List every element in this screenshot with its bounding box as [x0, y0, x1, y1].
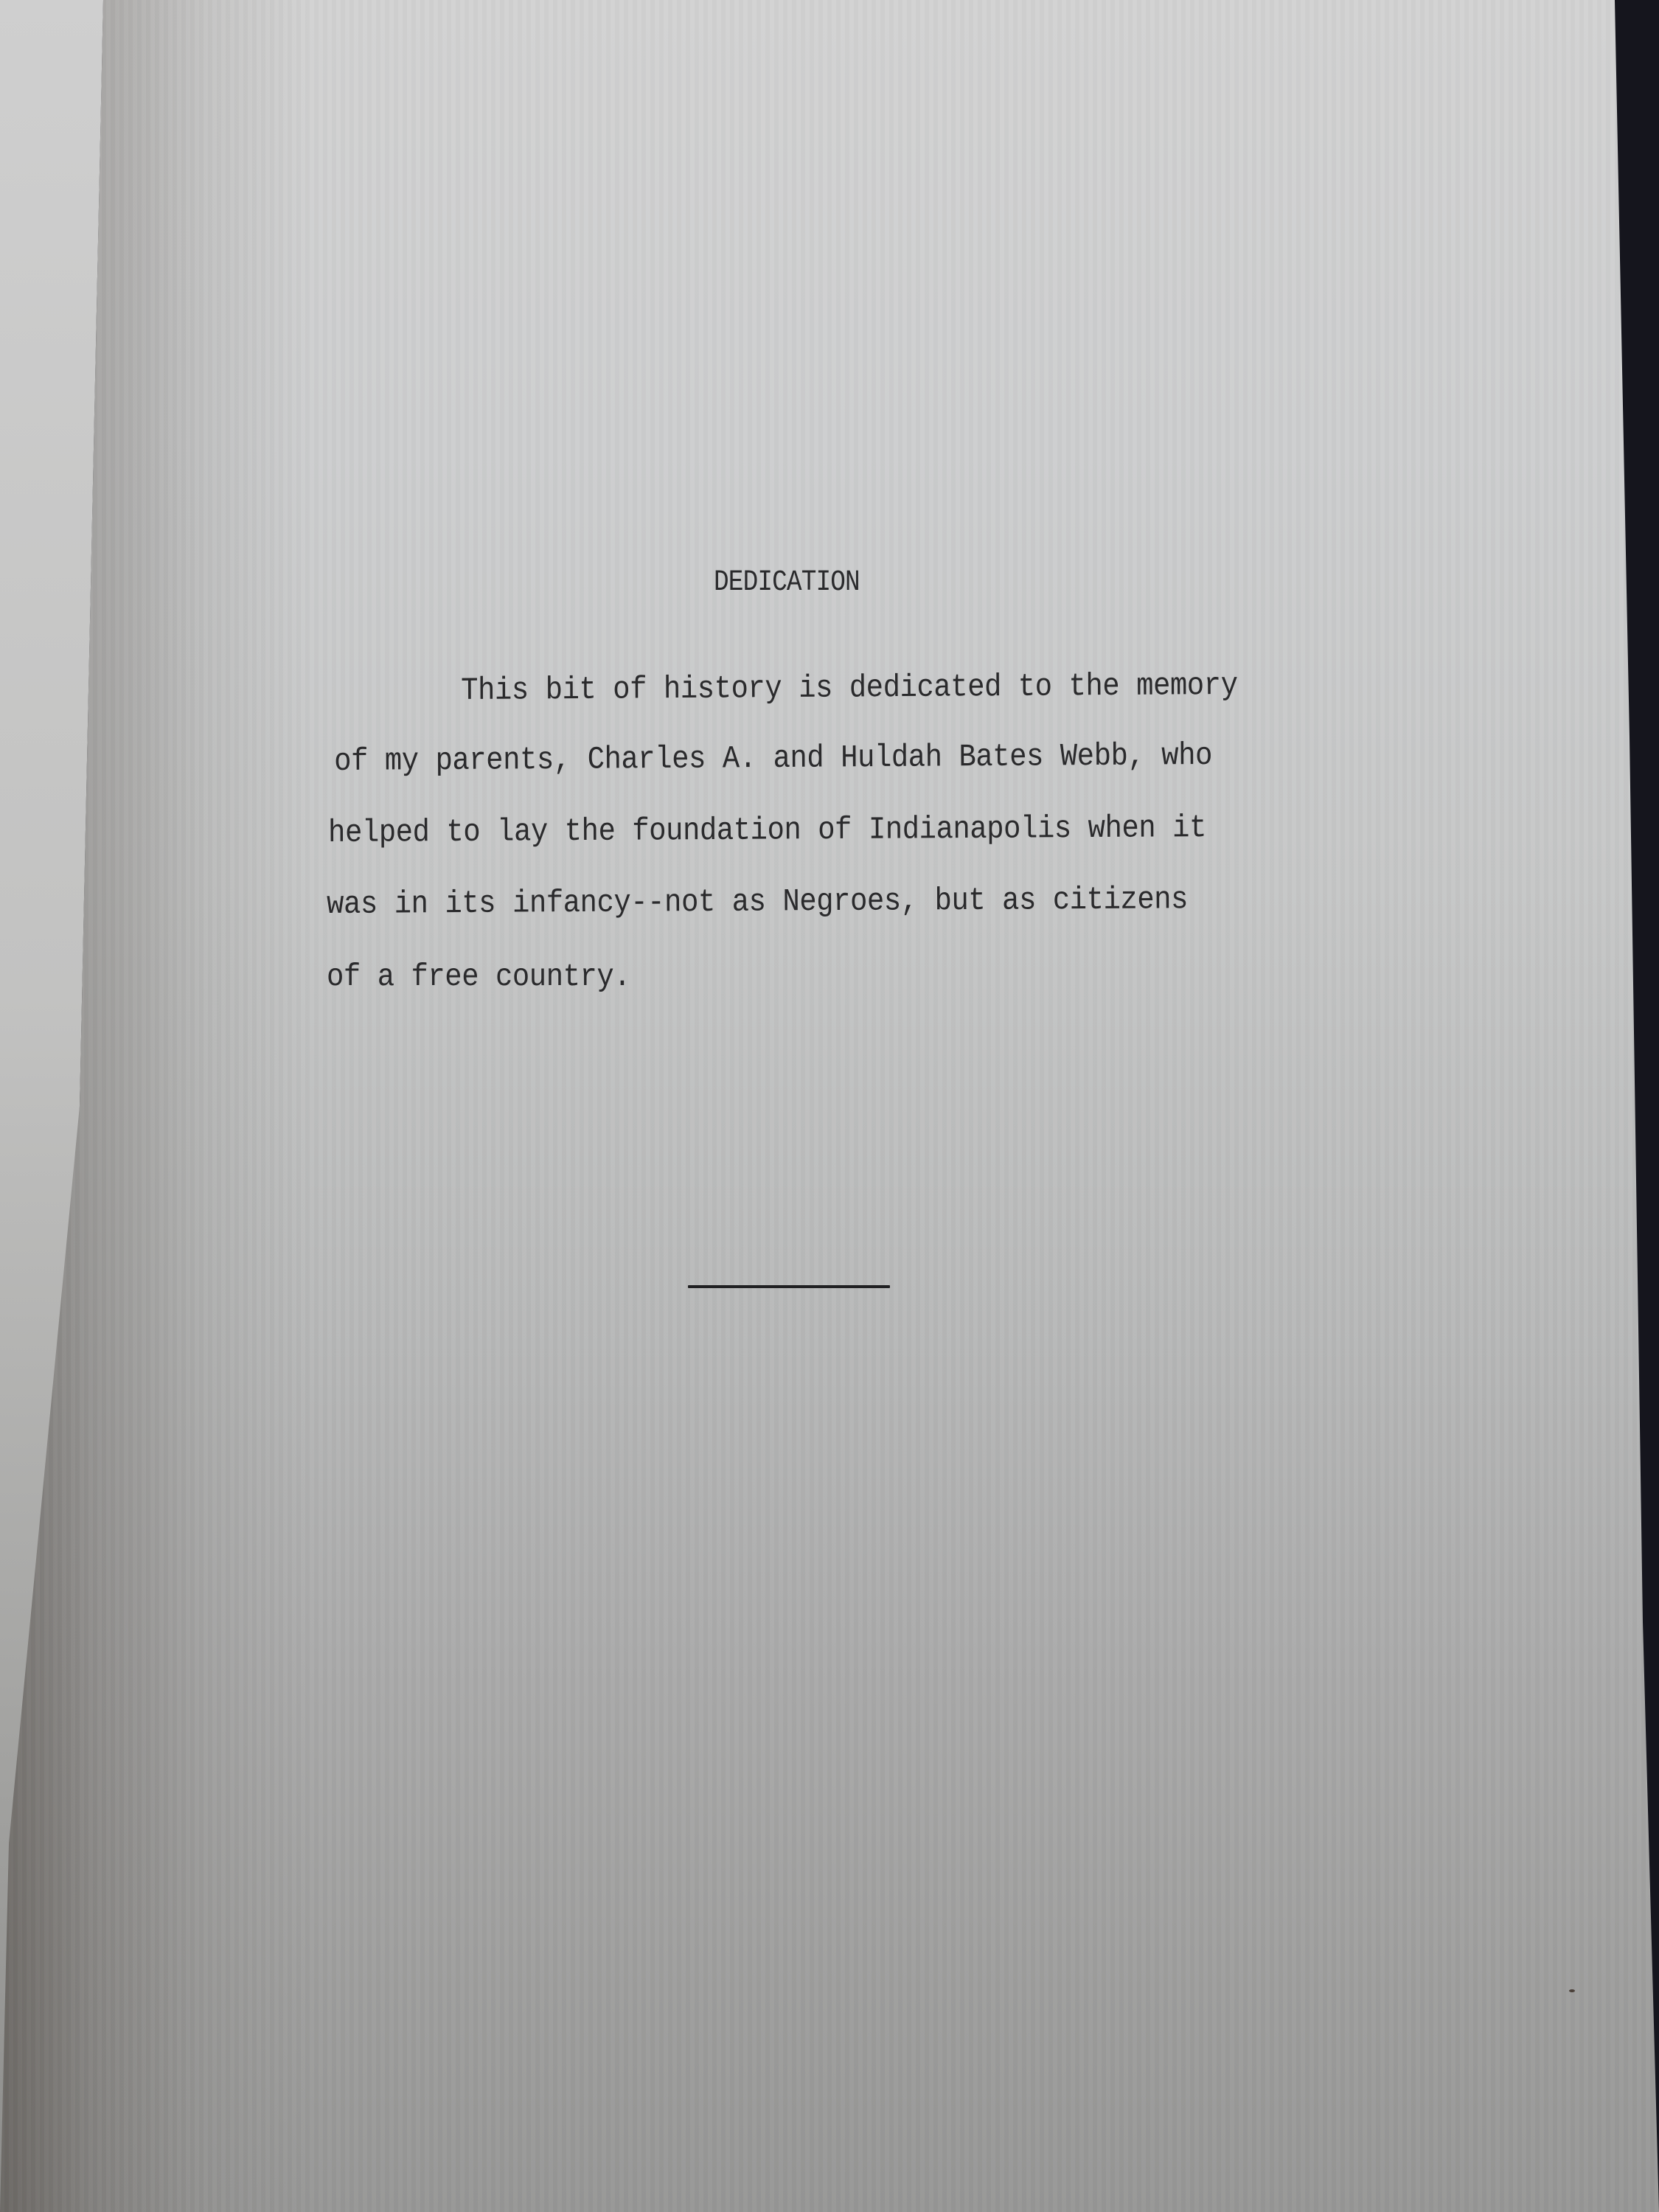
paragraph-line: of a free country. — [327, 959, 630, 995]
section-divider-rule — [688, 1285, 890, 1288]
paper-speck — [1569, 1989, 1575, 1992]
dedication-heading: DEDICATION — [714, 566, 860, 599]
page-content: DEDICATION This bit of history is dedica… — [0, 0, 1659, 2212]
paragraph-line: helped to lay the foundation of Indianap… — [328, 810, 1206, 851]
book-photo: DEDICATION This bit of history is dedica… — [0, 0, 1659, 2212]
paragraph-line: This bit of history is dedicated to the … — [461, 667, 1238, 709]
paragraph-line: was in its infancy--not as Negroes, but … — [327, 881, 1188, 922]
paragraph-line: of my parents, Charles A. and Huldah Bat… — [334, 737, 1212, 779]
